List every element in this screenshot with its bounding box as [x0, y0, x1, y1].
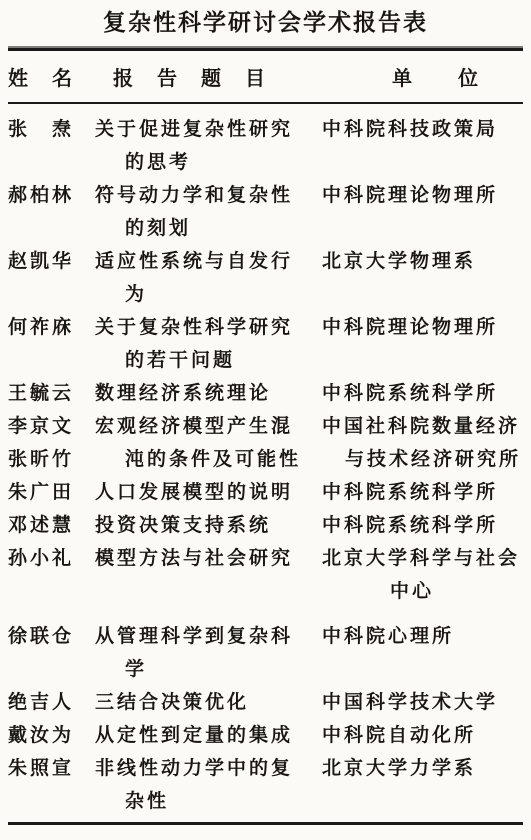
topic-cell-line: 的刻划: [95, 212, 322, 245]
table-row: 何祚庥关于复杂性科学研究的若干问题中科院理论物理所: [8, 311, 523, 377]
unit-cell-line: 中科院系统科学所: [322, 377, 523, 410]
header-topic-label: 报 告 题 目: [95, 62, 322, 91]
header-name-label: 姓 名: [8, 62, 95, 91]
name-cell: 朱照宣: [8, 752, 95, 818]
topic-cell: 数理经济系统理论: [95, 377, 322, 410]
name-cell: 郝柏林: [8, 179, 95, 245]
table-body: 张 焘关于促进复杂性研究的思考中科院科技政策局郝柏林符号动力学和复杂性的刻划中科…: [8, 104, 523, 818]
header-unit-label: 单 位: [322, 62, 523, 91]
topic-cell: 从定性到定量的集成: [95, 719, 322, 752]
name-cell: 李京文张昕竹: [8, 410, 95, 476]
topic-cell-line: 从管理科学到复杂科: [95, 620, 322, 653]
unit-cell: 中国社科院数量经济与技术经济研究所: [322, 410, 523, 476]
name-cell-line: 赵凯华: [8, 245, 95, 278]
name-cell: 戴汝为: [8, 719, 95, 752]
topic-cell: 人口发展模型的说明: [95, 476, 322, 509]
name-cell-line: 徐联仓: [8, 620, 95, 653]
table-row: 郝柏林符号动力学和复杂性的刻划中科院理论物理所: [8, 179, 523, 245]
name-cell-line: 郝柏林: [8, 179, 95, 212]
name-cell-line: 戴汝为: [8, 719, 95, 752]
table-row: 李京文张昕竹宏观经济模型产生混沌的条件及可能性中国社科院数量经济与技术经济研究所: [8, 410, 523, 476]
unit-cell: 中科院系统科学所: [322, 509, 523, 542]
name-cell: 邓述慧: [8, 509, 95, 542]
topic-cell-line: 投资决策支持系统: [95, 509, 322, 542]
topic-cell-line: 适应性系统与自发行: [95, 245, 322, 278]
unit-cell-line: 北京大学力学系: [322, 752, 523, 785]
name-cell: 张 焘: [8, 113, 95, 179]
topic-cell-line: 模型方法与社会研究: [95, 542, 322, 575]
topic-cell-line: 人口发展模型的说明: [95, 476, 322, 509]
name-cell-line: 绝吉人: [8, 686, 95, 719]
unit-cell-line: 北京大学物理系: [322, 245, 523, 278]
topic-cell-line: 沌的条件及可能性: [95, 443, 322, 476]
topic-cell: 三结合决策优化: [95, 686, 322, 719]
unit-cell: 中科院自动化所: [322, 719, 523, 752]
table-row: 张 焘关于促进复杂性研究的思考中科院科技政策局: [8, 113, 523, 179]
unit-cell-line: 中科院科技政策局: [322, 113, 523, 146]
name-cell-line: 孙小礼: [8, 542, 95, 575]
unit-cell-line: 中科院自动化所: [322, 719, 523, 752]
topic-cell: 关于复杂性科学研究的若干问题: [95, 311, 322, 377]
topic-cell-line: 三结合决策优化: [95, 686, 322, 719]
name-cell-line: 王毓云: [8, 377, 95, 410]
table-row: 朱广田人口发展模型的说明中科院系统科学所: [8, 476, 523, 509]
unit-cell-line: 中心: [322, 575, 523, 608]
topic-cell-line: 的若干问题: [95, 344, 322, 377]
unit-cell-line: 与技术经济研究所: [322, 443, 523, 476]
unit-cell: 北京大学科学与社会中心: [322, 542, 523, 608]
name-cell-line: 张 焘: [8, 113, 95, 146]
unit-cell: 北京大学物理系: [322, 245, 523, 311]
topic-cell: 宏观经济模型产生混沌的条件及可能性: [95, 410, 322, 476]
name-cell: 朱广田: [8, 476, 95, 509]
unit-cell-line: 中国科学技术大学: [322, 686, 523, 719]
unit-cell-line: 中国社科院数量经济: [322, 410, 523, 443]
name-cell: 孙小礼: [8, 542, 95, 608]
topic-cell: 投资决策支持系统: [95, 509, 322, 542]
topic-cell-line: 为: [95, 278, 322, 311]
table-row: 赵凯华适应性系统与自发行为北京大学物理系: [8, 245, 523, 311]
unit-cell: 中科院理论物理所: [322, 179, 523, 245]
topic-cell-line: 数理经济系统理论: [95, 377, 322, 410]
topic-cell: 从管理科学到复杂科学: [95, 620, 322, 686]
topic-cell-line: 的思考: [95, 146, 322, 179]
topic-cell-line: 从定性到定量的集成: [95, 719, 322, 752]
table-row: 邓述慧投资决策支持系统中科院系统科学所: [8, 509, 523, 542]
document-page: 复杂性科学研讨会学术报告表 姓 名 报 告 题 目 单 位 张 焘关于促进复杂性…: [0, 0, 531, 840]
topic-cell-line: 宏观经济模型产生混: [95, 410, 322, 443]
page-title: 复杂性科学研讨会学术报告表: [8, 8, 523, 38]
topic-cell-line: 学: [95, 653, 322, 686]
topic-cell: 模型方法与社会研究: [95, 542, 322, 608]
table-row: 戴汝为从定性到定量的集成中科院自动化所: [8, 719, 523, 752]
unit-cell: 中科院心理所: [322, 620, 523, 686]
name-cell-line: 朱照宣: [8, 752, 95, 785]
unit-cell: 中国科学技术大学: [322, 686, 523, 719]
table-row: 徐联仓从管理科学到复杂科学中科院心理所: [8, 620, 523, 686]
topic-cell-line: 关于促进复杂性研究: [95, 113, 322, 146]
topic-cell-line: 杂性: [95, 785, 322, 818]
topic-cell-line: 符号动力学和复杂性: [95, 179, 322, 212]
name-cell-line: 何祚庥: [8, 311, 95, 344]
unit-cell-line: 中科院系统科学所: [322, 476, 523, 509]
unit-cell: 中科院系统科学所: [322, 377, 523, 410]
unit-cell: 中科院理论物理所: [322, 311, 523, 377]
unit-cell-line: 中科院理论物理所: [322, 311, 523, 344]
name-cell-line: 李京文: [8, 410, 95, 443]
unit-cell-line: 中科院心理所: [322, 620, 523, 653]
bottom-rule: [8, 822, 523, 825]
table-row: 绝吉人三结合决策优化中国科学技术大学: [8, 686, 523, 719]
name-cell: 徐联仓: [8, 620, 95, 686]
unit-cell: 北京大学力学系: [322, 752, 523, 818]
unit-cell: 中科院科技政策局: [322, 113, 523, 179]
name-cell-line: 邓述慧: [8, 509, 95, 542]
topic-cell: 关于促进复杂性研究的思考: [95, 113, 322, 179]
unit-cell-line: 北京大学科学与社会: [322, 542, 523, 575]
topic-cell-line: 关于复杂性科学研究: [95, 311, 322, 344]
name-cell: 何祚庥: [8, 311, 95, 377]
table-row: 王毓云数理经济系统理论中科院系统科学所: [8, 377, 523, 410]
name-cell: 赵凯华: [8, 245, 95, 311]
name-cell: 王毓云: [8, 377, 95, 410]
unit-cell-line: 中科院理论物理所: [322, 179, 523, 212]
topic-cell-line: 非线性动力学中的复: [95, 752, 322, 785]
topic-cell: 符号动力学和复杂性的刻划: [95, 179, 322, 245]
table-header: 姓 名 报 告 题 目 单 位: [8, 51, 523, 102]
name-cell-line: 张昕竹: [8, 443, 95, 476]
name-cell: 绝吉人: [8, 686, 95, 719]
unit-cell: 中科院系统科学所: [322, 476, 523, 509]
topic-cell: 适应性系统与自发行为: [95, 245, 322, 311]
table-row: 朱照宣非线性动力学中的复杂性北京大学力学系: [8, 752, 523, 818]
unit-cell-line: 中科院系统科学所: [322, 509, 523, 542]
topic-cell: 非线性动力学中的复杂性: [95, 752, 322, 818]
name-cell-line: 朱广田: [8, 476, 95, 509]
table-row: 孙小礼模型方法与社会研究北京大学科学与社会中心: [8, 542, 523, 608]
